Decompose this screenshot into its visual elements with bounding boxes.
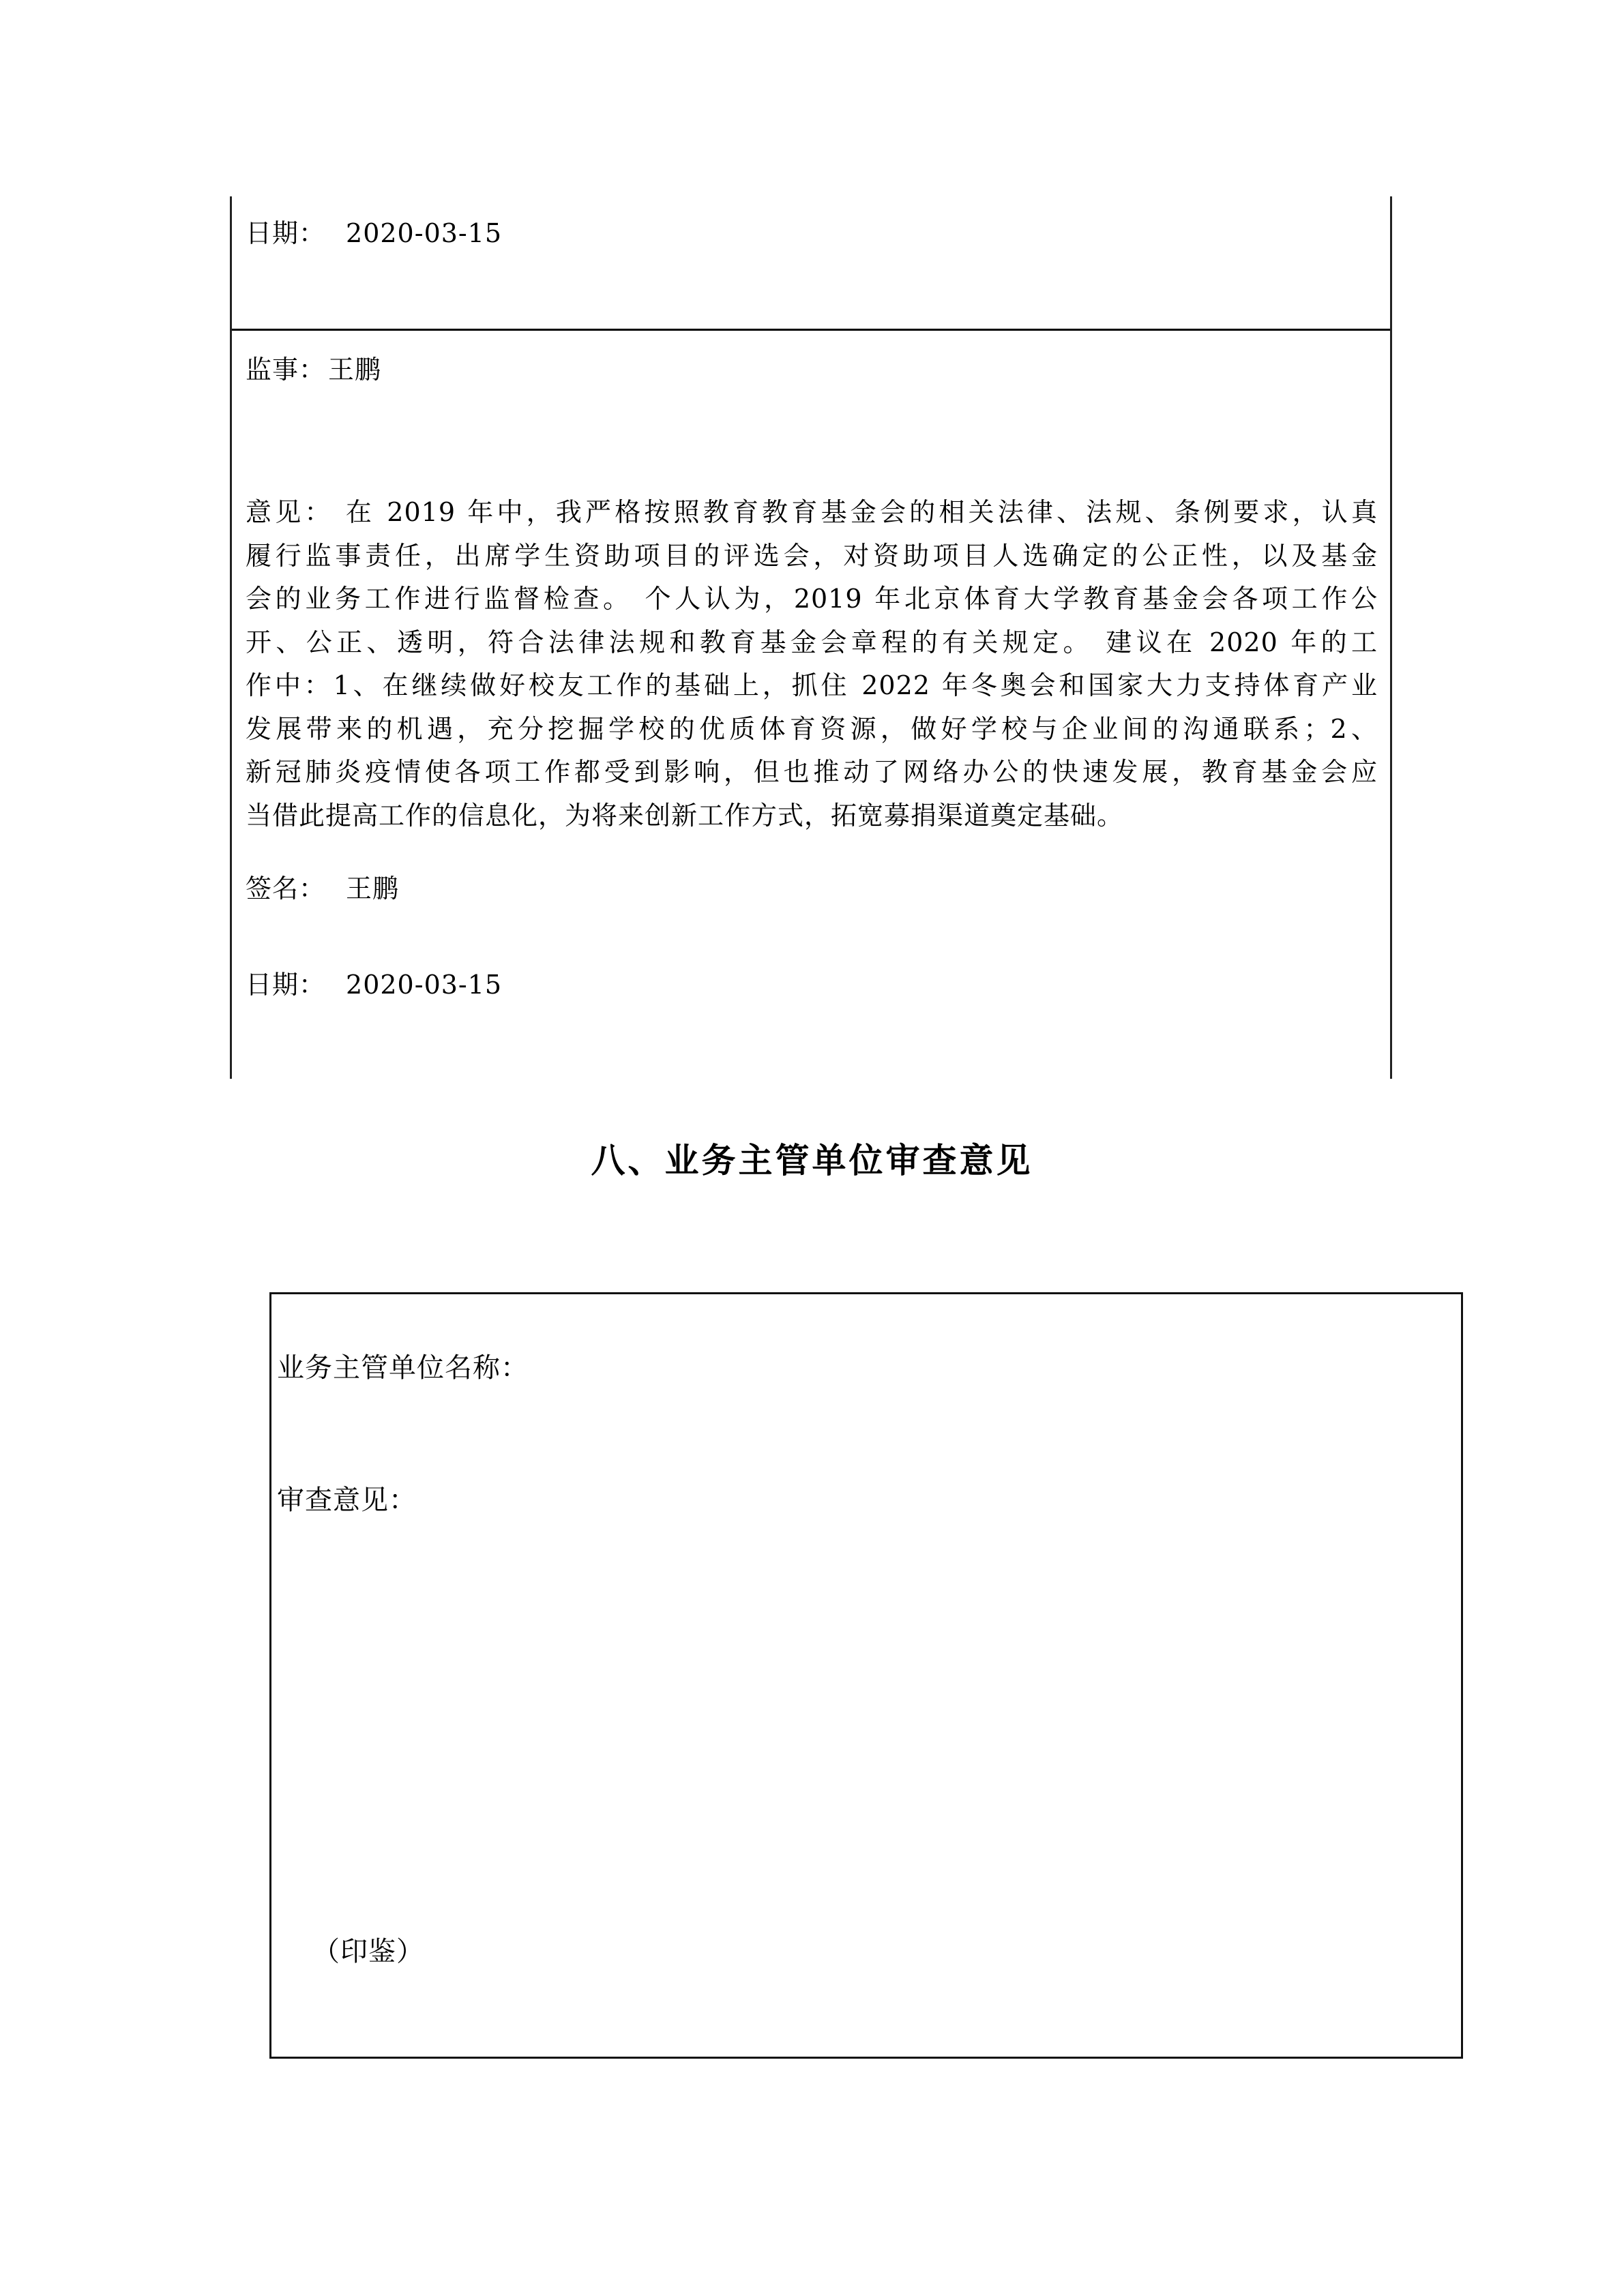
opinion-line: 会的业务工作进行监督检查。 个人认为，2019 年北京体育大学教育基金会各项工作… (246, 578, 1378, 621)
seal-label: （印鉴） (312, 1937, 424, 1967)
supervisor-opinion-table: 日期：2020-03-15 监事：王鹏 意见： 在 2019 年中，我严格按照教… (230, 196, 1392, 1079)
opinion-line: 意见： 在 2019 年中，我严格按照教育教育基金会的相关法律、法规、条例要求，… (246, 491, 1378, 535)
date-value: 2020-03-15 (346, 970, 502, 1000)
section-heading: 八、业务主管单位审查意见 (0, 1140, 1624, 1181)
review-box: 业务主管单位名称： 审查意见： （印鉴） (269, 1292, 1463, 2059)
opinion-line: 作中：1、在继续做好校友工作的基础上，抓住 2022 年冬奥会和国家大力支持体育… (246, 664, 1378, 708)
date-row: 日期：2020-03-15 (246, 970, 502, 1000)
opinion-line: 当借此提高工作的信息化，为将来创新工作方式，拓宽募捐渠道奠定基础。 (246, 794, 1378, 838)
unit-name-row: 业务主管单位名称： (277, 1353, 529, 1383)
review-opinion-label: 审查意见： (277, 1485, 417, 1515)
document-page: 日期：2020-03-15 监事：王鹏 意见： 在 2019 年中，我严格按照教… (0, 0, 1624, 2296)
opinion-line: 发展带来的机遇，充分挖掘学校的优质体育资源，做好学校与企业间的沟通联系；2、 (246, 708, 1378, 751)
opinion-line: 新冠肺炎疫情使各项工作都受到影响，但也推动了网络办公的快速发展，教育基金会应 (246, 751, 1378, 794)
supervisor-name: 王鹏 (328, 355, 381, 385)
unit-name-label: 业务主管单位名称： (277, 1353, 529, 1383)
supervisor-row: 监事：王鹏 (246, 355, 381, 385)
opinion-line: 履行监事责任，出席学生资助项目的评选会，对资助项目人选确定的公正性，以及基金 (246, 535, 1378, 578)
opinion-line: 开、公正、透明，符合法律法规和教育基金会章程的有关规定。 建议在 2020 年的… (246, 621, 1378, 665)
supervisor-label: 监事： (246, 355, 325, 385)
prev-date-row: 日期：2020-03-15 (246, 218, 502, 248)
date-label: 日期： (246, 218, 325, 248)
signature-value: 王鹏 (346, 874, 399, 904)
signature-row: 签名：王鹏 (246, 874, 399, 904)
date-value: 2020-03-15 (346, 218, 502, 248)
date-label: 日期： (246, 970, 325, 1000)
review-opinion-row: 审查意见： (277, 1485, 417, 1515)
row-divider (232, 329, 1390, 331)
signature-label: 签名： (246, 874, 325, 904)
opinion-paragraph: 意见： 在 2019 年中，我严格按照教育教育基金会的相关法律、法规、条例要求，… (246, 491, 1378, 837)
